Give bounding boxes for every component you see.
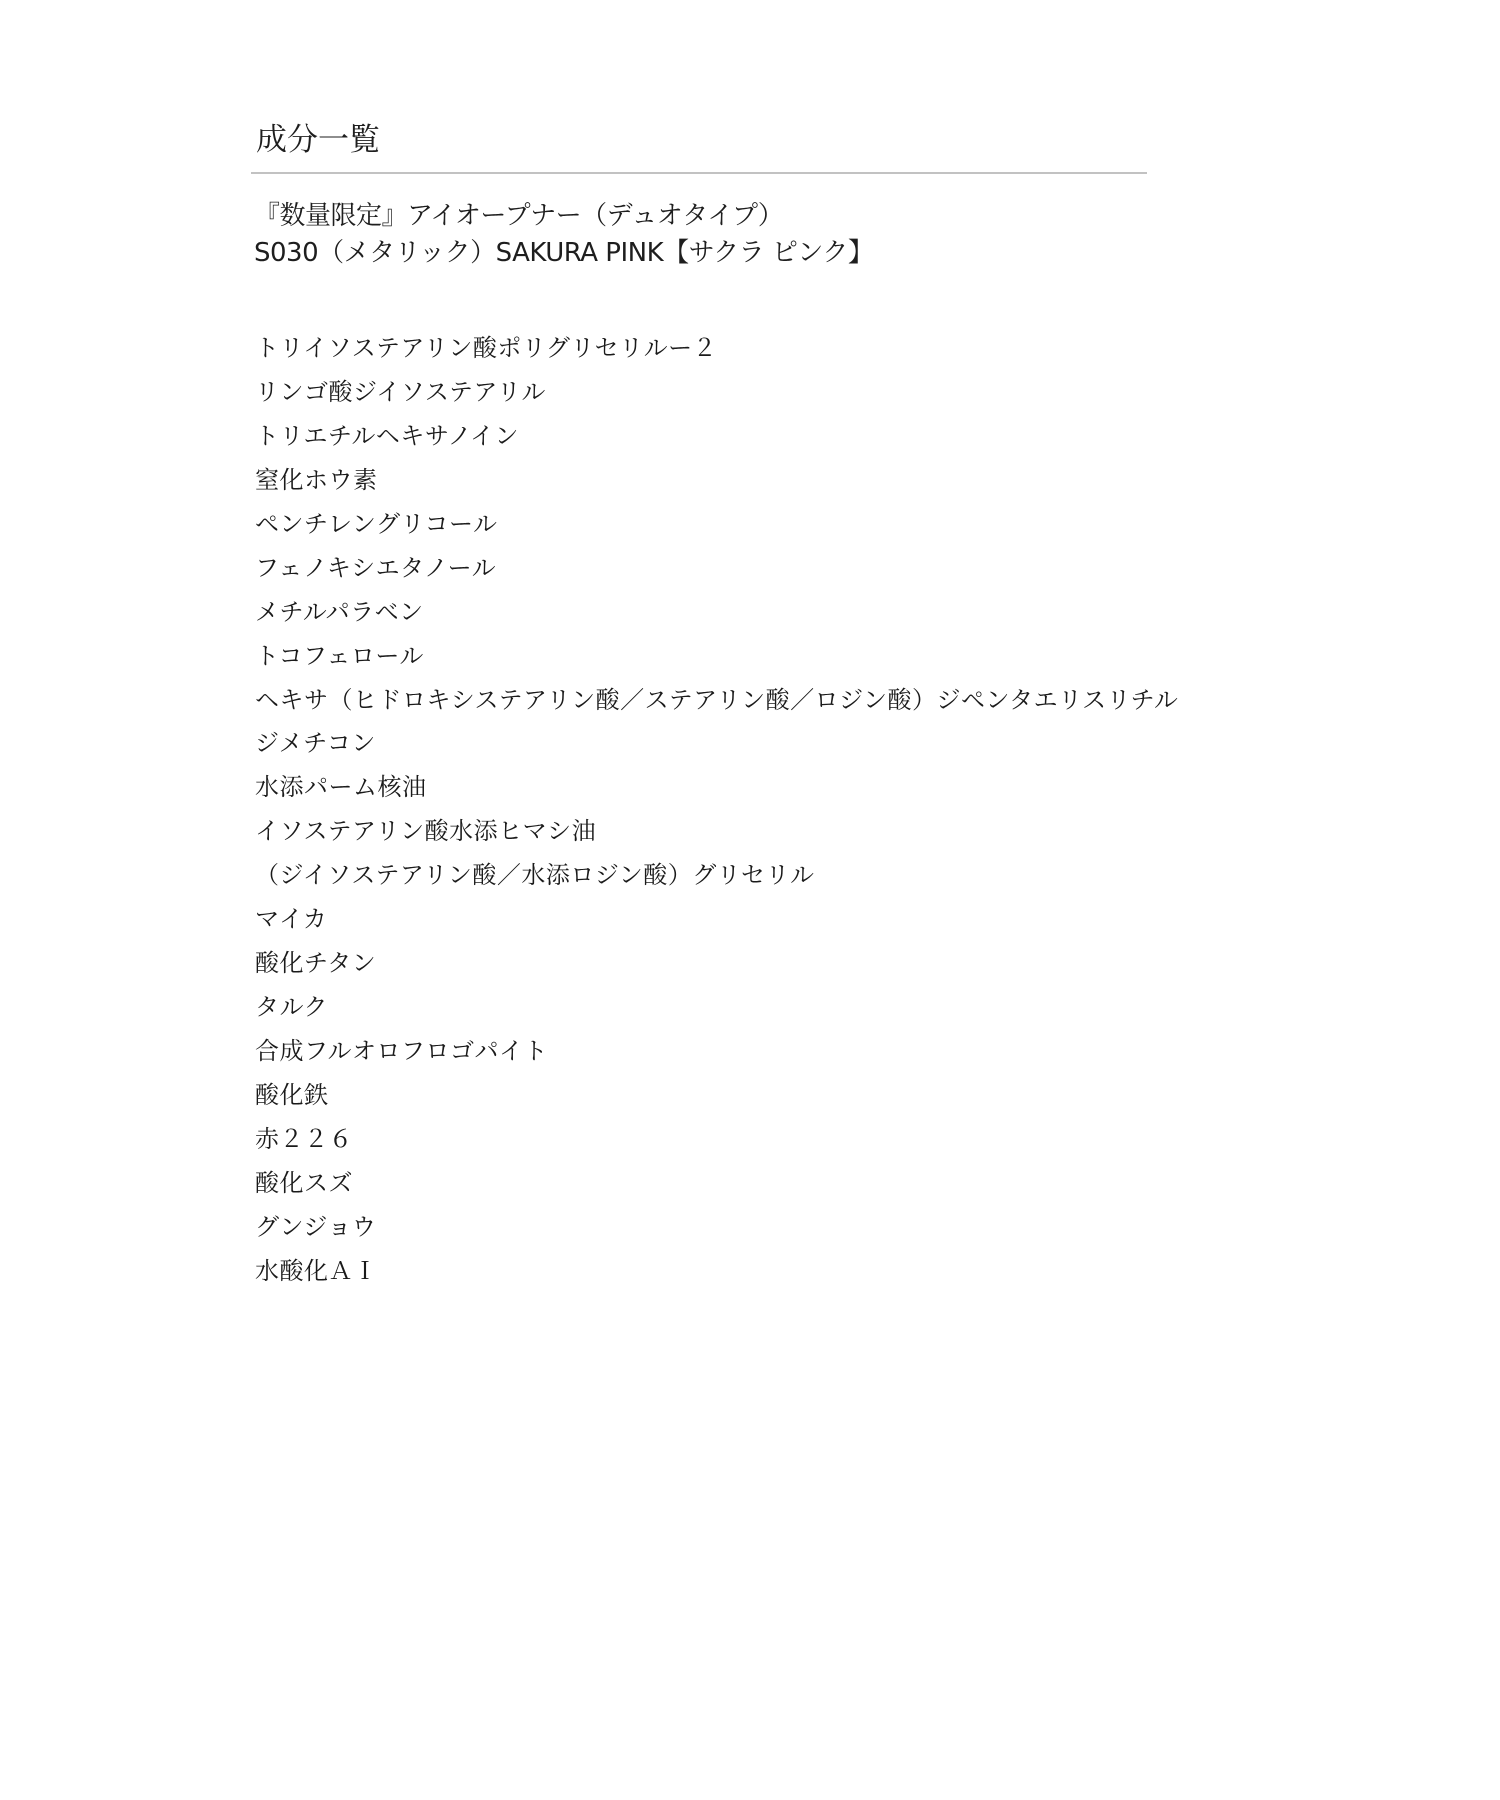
title-divider	[251, 172, 1147, 174]
ingredient-item: 酸化スズ	[255, 1162, 1178, 1206]
ingredient-item: 酸化鉄	[255, 1074, 1178, 1118]
ingredient-item: トリイソステアリン酸ポリグリセリルー２	[255, 327, 1178, 371]
ingredient-item: トリエチルヘキサノイン	[255, 415, 1178, 459]
ingredient-item: リンゴ酸ジイソステアリル	[255, 371, 1178, 415]
product-name-line-2: S030（メタリック）SAKURA PINK【サクラ ピンク】	[254, 235, 873, 272]
ingredient-item: 窒化ホウ素	[255, 459, 1178, 503]
ingredient-item: メチルパラベン	[255, 591, 1178, 635]
ingredient-item: マイカ	[255, 898, 1178, 942]
ingredients-page: 成分一覧 『数量限定』アイオープナー（デュオタイプ） S030（メタリック）SA…	[0, 0, 1500, 1800]
ingredient-item: タルク	[255, 986, 1178, 1030]
ingredient-item: フェノキシエタノール	[255, 547, 1178, 591]
ingredient-item: グンジョウ	[255, 1206, 1178, 1250]
ingredient-item: イソステアリン酸水添ヒマシ油	[255, 810, 1178, 854]
section-title: 成分一覧	[256, 118, 380, 162]
ingredient-list: トリイソステアリン酸ポリグリセリルー２ リンゴ酸ジイソステアリル トリエチルヘキ…	[255, 327, 1178, 1294]
ingredient-item: 赤２２６	[255, 1118, 1178, 1162]
product-name-line-1: 『数量限定』アイオープナー（デュオタイプ）	[254, 198, 873, 235]
ingredient-item: 合成フルオロフロゴパイト	[255, 1030, 1178, 1074]
ingredient-item: ジメチコン	[255, 722, 1178, 766]
product-name: 『数量限定』アイオープナー（デュオタイプ） S030（メタリック）SAKURA …	[254, 198, 873, 272]
ingredient-item: ヘキサ（ヒドロキシステアリン酸／ステアリン酸／ロジン酸）ジペンタエリスリチル	[255, 679, 1178, 723]
ingredient-item: （ジイソステアリン酸／水添ロジン酸）グリセリル	[255, 854, 1178, 898]
ingredient-item: 水酸化ＡＩ	[255, 1250, 1178, 1294]
ingredient-item: トコフェロール	[255, 635, 1178, 679]
ingredient-item: 酸化チタン	[255, 942, 1178, 986]
ingredient-item: 水添パーム核油	[255, 766, 1178, 810]
ingredient-item: ペンチレングリコール	[255, 503, 1178, 547]
